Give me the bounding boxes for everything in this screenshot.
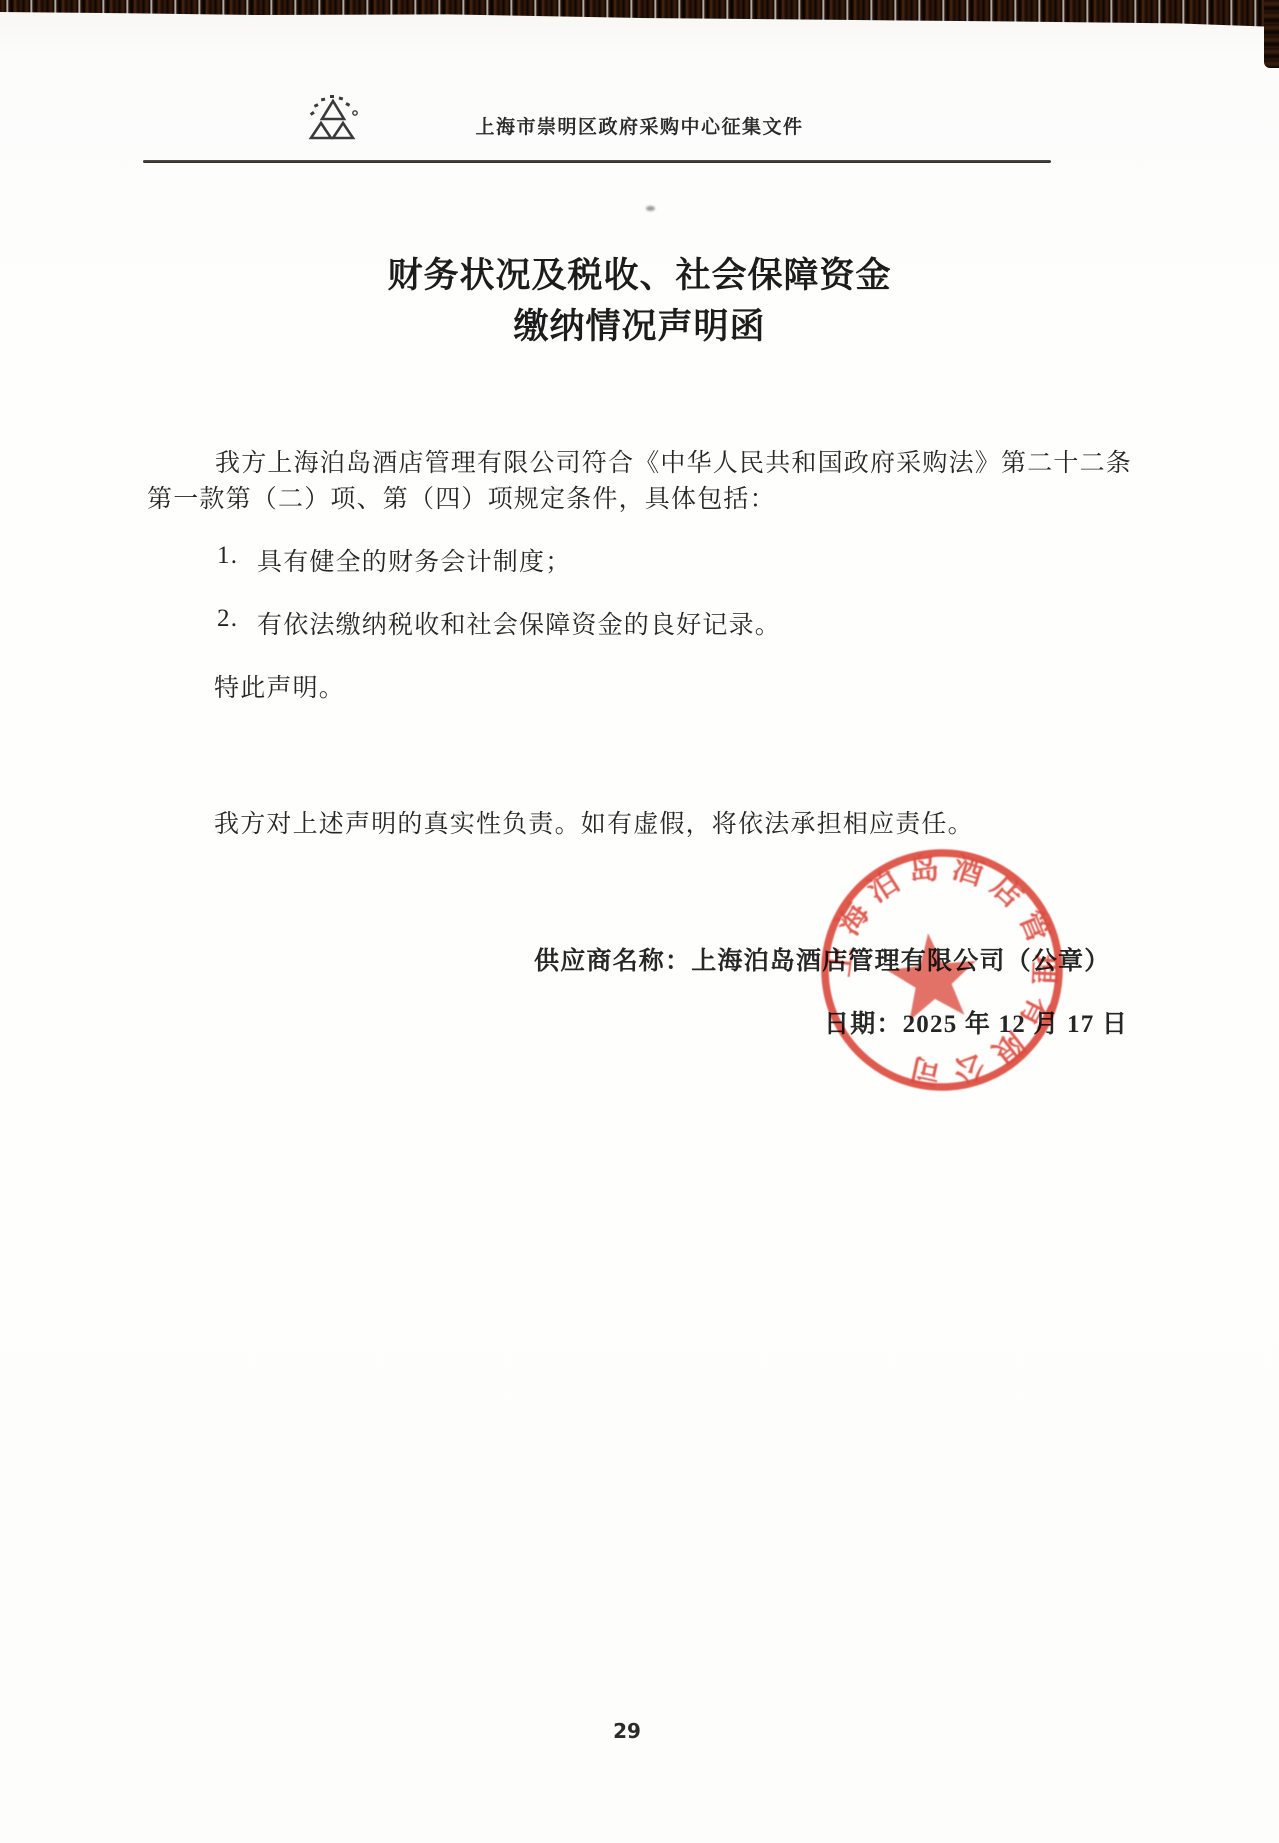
list-item-2-number: 2. bbox=[217, 605, 257, 641]
closing-statement: 特此声明。 bbox=[214, 668, 345, 704]
list-item-1-text: 具有健全的财务会计制度； bbox=[257, 542, 571, 578]
list-item-2-text: 有依法缴纳税收和社会保障资金的良好记录。 bbox=[257, 605, 781, 641]
company-seal-stamp: 上海泊岛酒店管理有限公司 bbox=[797, 825, 1087, 1115]
seal-star-icon bbox=[884, 929, 982, 1023]
header-org-title: 上海市崇明区政府采购中心征集文件 bbox=[0, 112, 1279, 139]
responsibility-statement: 我方对上述声明的真实性负责。如有虚假，将依法承担相应责任。 bbox=[214, 804, 974, 840]
list-item-1: 1. 具有健全的财务会计制度； bbox=[217, 542, 571, 578]
page-number: 29 bbox=[0, 1719, 1254, 1743]
header-divider bbox=[143, 160, 1051, 163]
scan-speck bbox=[646, 206, 655, 211]
scanned-document-page: { "header": { "org_title": "上海市崇明区政府采购中心… bbox=[0, 0, 1279, 1843]
doc-title-line2: 缴纳情况声明函 bbox=[0, 299, 1279, 349]
doc-title-line1: 财务状况及税收、社会保障资金 bbox=[0, 248, 1279, 298]
list-item-2: 2. 有依法缴纳税收和社会保障资金的良好记录。 bbox=[217, 605, 781, 641]
list-item-1-number: 1. bbox=[217, 542, 257, 578]
intro-paragraph-line2: 第一款第（二）项、第（四）项规定条件，具体包括： bbox=[147, 479, 776, 515]
intro-paragraph-line1: 我方上海泊岛酒店管理有限公司符合《中华人民共和国政府采购法》第二十二条 bbox=[215, 443, 1132, 479]
scan-wood-corner-notch bbox=[1264, 0, 1279, 68]
scan-wood-background-strip bbox=[0, 0, 1279, 30]
